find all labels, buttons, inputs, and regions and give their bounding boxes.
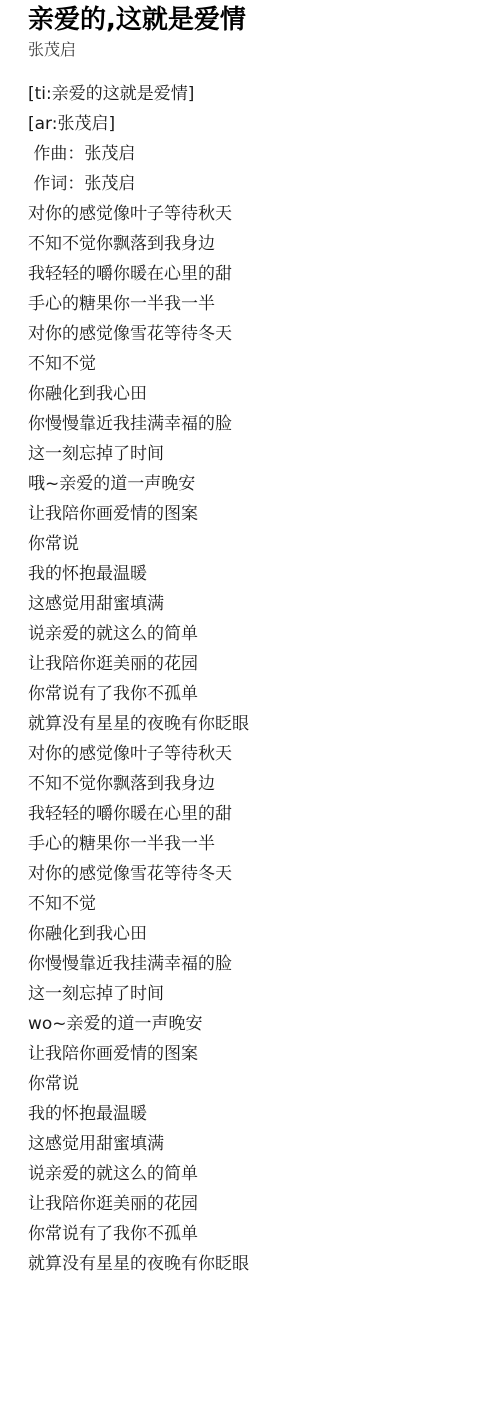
lyrics-body: [ti:亲爱的这就是爱情][ar:张茂启] 作曲：张茂启 作词：张茂启对你的感觉…: [28, 79, 480, 1279]
lyric-line: 我的怀抱最温暖: [28, 1099, 480, 1129]
lyric-line: 不知不觉: [28, 349, 480, 379]
lyric-line: 你融化到我心田: [28, 379, 480, 409]
lyric-line: 不知不觉你飘落到我身边: [28, 229, 480, 259]
lyric-line: 说亲爱的就这么的简单: [28, 619, 480, 649]
song-artist: 张茂启: [28, 39, 480, 61]
lyric-line: 就算没有星星的夜晚有你眨眼: [28, 709, 480, 739]
lyric-line: 这一刻忘掉了时间: [28, 979, 480, 1009]
lyric-line: [ti:亲爱的这就是爱情]: [28, 79, 480, 109]
lyric-line: 让我陪你画爱情的图案: [28, 1039, 480, 1069]
lyric-line: 你常说: [28, 529, 480, 559]
lyric-line: 你常说有了我你不孤单: [28, 1219, 480, 1249]
lyric-line: 就算没有星星的夜晚有你眨眼: [28, 1249, 480, 1279]
song-title: 亲爱的,这就是爱情: [28, 5, 480, 36]
lyric-line: [ar:张茂启]: [28, 109, 480, 139]
lyric-line: 你慢慢靠近我挂满幸福的脸: [28, 949, 480, 979]
lyric-line: 我的怀抱最温暖: [28, 559, 480, 589]
lyric-line: 让我陪你画爱情的图案: [28, 499, 480, 529]
lyric-line: 手心的糖果你一半我一半: [28, 829, 480, 859]
lyric-line: 你融化到我心田: [28, 919, 480, 949]
lyric-line: 这一刻忘掉了时间: [28, 439, 480, 469]
lyric-line: 这感觉用甜蜜填满: [28, 1129, 480, 1159]
lyric-line: 我轻轻的嚼你暖在心里的甜: [28, 259, 480, 289]
lyric-line: 对你的感觉像叶子等待秋天: [28, 739, 480, 769]
lyric-line: 不知不觉: [28, 889, 480, 919]
lyric-line: 我轻轻的嚼你暖在心里的甜: [28, 799, 480, 829]
lyric-line: 对你的感觉像雪花等待冬天: [28, 319, 480, 349]
lyric-line: 作曲：张茂启: [28, 139, 480, 169]
lyrics-page: 亲爱的,这就是爱情 张茂启 [ti:亲爱的这就是爱情][ar:张茂启] 作曲：张…: [0, 0, 500, 1420]
lyric-line: 对你的感觉像叶子等待秋天: [28, 199, 480, 229]
lyric-line: 说亲爱的就这么的简单: [28, 1159, 480, 1189]
lyric-line: 你慢慢靠近我挂满幸福的脸: [28, 409, 480, 439]
lyric-line: 哦~亲爱的道一声晚安: [28, 469, 480, 499]
lyric-line: 让我陪你逛美丽的花园: [28, 1189, 480, 1219]
lyric-line: 对你的感觉像雪花等待冬天: [28, 859, 480, 889]
lyric-line: 这感觉用甜蜜填满: [28, 589, 480, 619]
lyric-line: 你常说: [28, 1069, 480, 1099]
lyric-line: 让我陪你逛美丽的花园: [28, 649, 480, 679]
lyric-line: 你常说有了我你不孤单: [28, 679, 480, 709]
lyric-line: 手心的糖果你一半我一半: [28, 289, 480, 319]
lyric-line: 作词：张茂启: [28, 169, 480, 199]
lyric-line: 不知不觉你飘落到我身边: [28, 769, 480, 799]
lyric-line: wo~亲爱的道一声晚安: [28, 1009, 480, 1039]
